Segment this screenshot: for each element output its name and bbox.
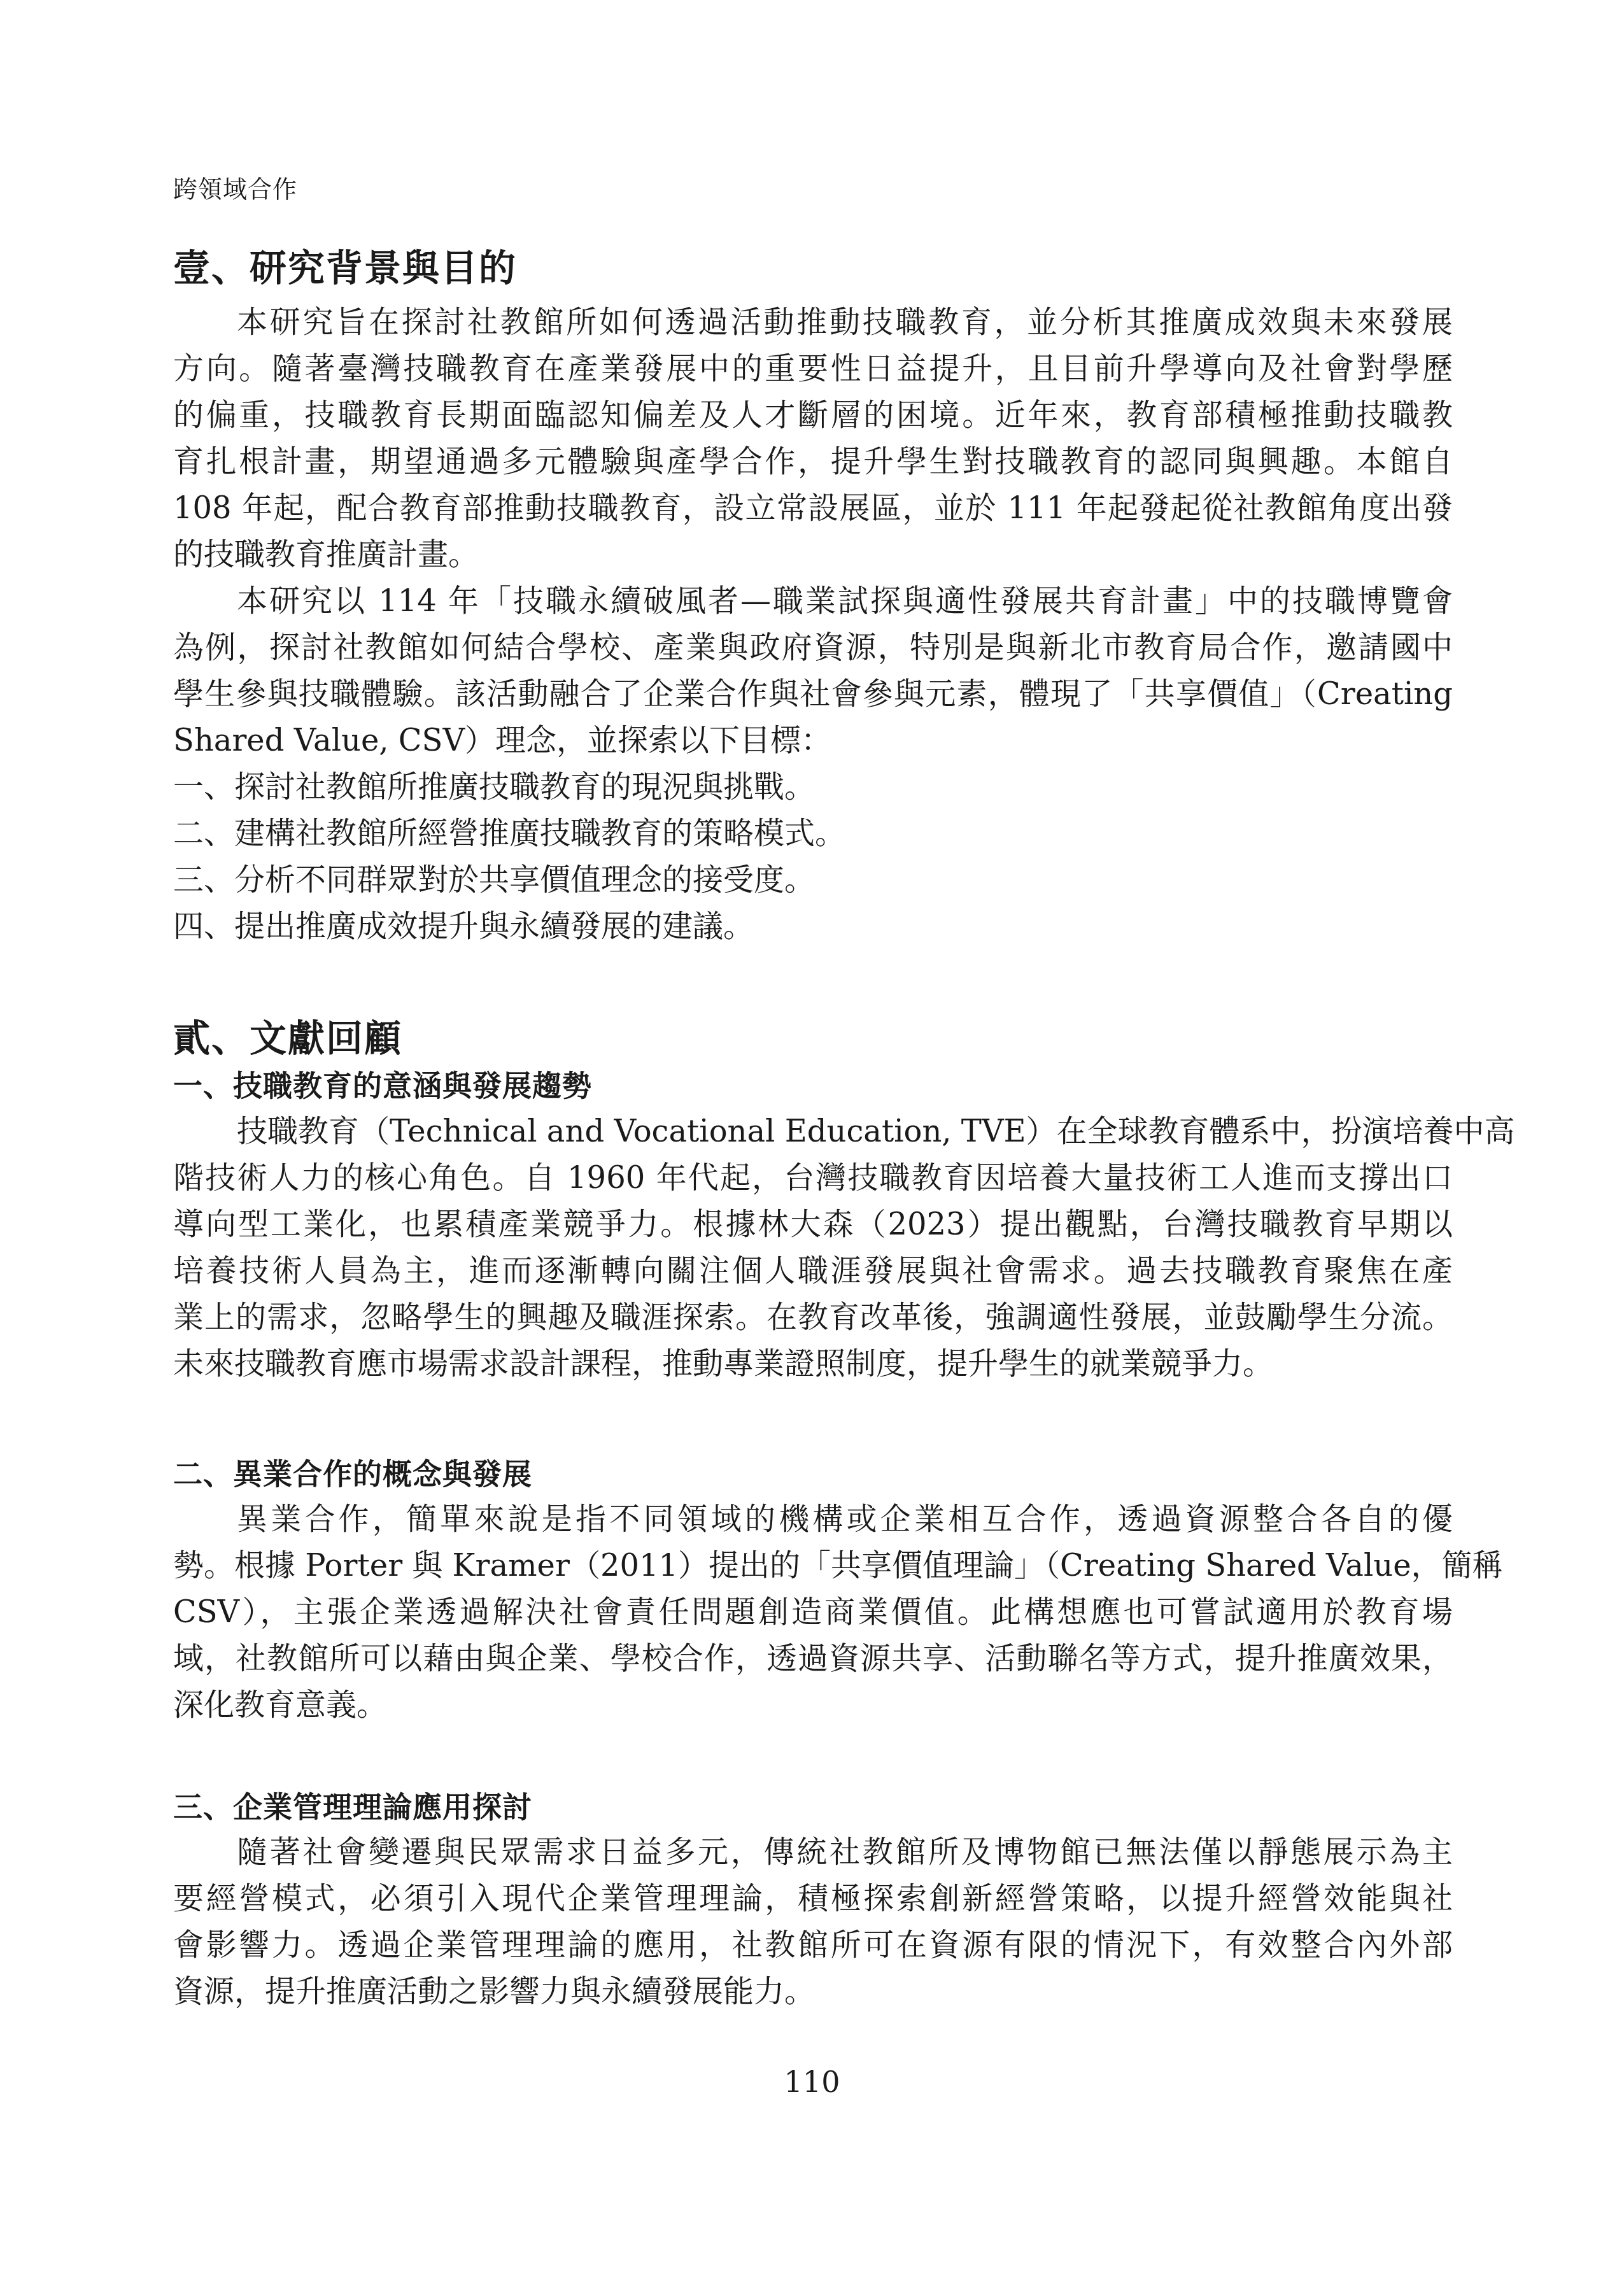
subsection-heading-tve: 一、技職教育的意涵與發展趨勢 (173, 1066, 592, 1105)
subsection-heading-management-theory: 三、企業管理理論應用探討 (173, 1788, 532, 1826)
paragraph-line: 要經營模式，必須引入現代企業管理理論，積極探索創新經營策略，以提升經營效能與社 (173, 1879, 1453, 1918)
objective-item: 三、分析不同群眾對於共享價值理念的接受度。 (173, 860, 1453, 900)
paragraph-line: 培養技術人員為主，進而逐漸轉向關注個人職涯發展與社會需求。過去技職教育聚焦在產 (173, 1251, 1453, 1291)
paragraph-line: 導向型工業化，也累積產業競爭力。根據林大森（2023）提出觀點，台灣技職教育早期… (173, 1205, 1453, 1244)
paragraph-line: 的技職教育推廣計畫。 (173, 535, 1453, 574)
paragraph-line: 深化教育意義。 (173, 1685, 1453, 1725)
paragraph-line: 技職教育（Technical and Vocational Education,… (237, 1112, 1453, 1151)
paragraph-line: 勢。根據 Porter 與 Kramer（2011）提出的「共享價值理論」（Cr… (173, 1546, 1453, 1585)
paragraph-line: 本研究以 114 年「技職永續破風者—職業試探與適性發展共育計畫」中的技職博覽會 (237, 581, 1453, 621)
paragraph-line: 方向。隨著臺灣技職教育在產業發展中的重要性日益提升，且目前升學導向及社會對學歷 (173, 349, 1453, 388)
paragraph-line: 本研究旨在探討社教館所如何透過活動推動技職教育，並分析其推廣成效與未來發展 (237, 302, 1453, 342)
section-heading-background-purpose: 壹、研究背景與目的 (173, 245, 517, 291)
paragraph-line: 未來技職教育應市場需求設計課程，推動專業證照制度，提升學生的就業競爭力。 (173, 1344, 1453, 1383)
paragraph-line: 的偏重，技職教育長期面臨認知偏差及人才斷層的困境。近年來，教育部積極推動技職教 (173, 395, 1453, 435)
paragraph-line: 異業合作，簡單來說是指不同領域的機構或企業相互合作，透過資源整合各自的優 (237, 1499, 1453, 1539)
paragraph-line: 隨著社會變遷與民眾需求日益多元，傳統社教館所及博物館已無法僅以靜態展示為主 (237, 1832, 1453, 1872)
document-page: 跨領域合作 壹、研究背景與目的 本研究旨在探討社教館所如何透過活動推動技職教育，… (0, 0, 1624, 2278)
paragraph-line: 階技術人力的核心角色。自 1960 年代起，台灣技職教育因培養大量技術工人進而支… (173, 1158, 1453, 1198)
objective-item: 二、建構社教館所經營推廣技職教育的策略模式。 (173, 814, 1453, 853)
paragraph-line: Shared Value, CSV）理念，並探索以下目標： (173, 721, 1453, 760)
paragraph-line: 業上的需求，忽略學生的興趣及職涯探索。在教育改革後，強調適性發展，並鼓勵學生分流… (173, 1298, 1453, 1337)
paragraph-line: 108 年起，配合教育部推動技職教育，設立常設展區，並於 111 年起發起從社教… (173, 488, 1453, 528)
page-number: 110 (0, 2063, 1624, 2101)
section-heading-literature-review: 貳、文獻回顧 (173, 1015, 402, 1061)
paragraph-line: 學生參與技職體驗。該活動融合了企業合作與社會參與元素，體現了「共享價值」（Cre… (173, 674, 1453, 714)
running-header: 跨領域合作 (173, 173, 297, 205)
objective-item: 四、提出推廣成效提升與永續發展的建議。 (173, 907, 1453, 946)
paragraph-line: 為例，探討社教館如何結合學校、產業與政府資源，特別是與新北市教育局合作，邀請國中 (173, 628, 1453, 667)
paragraph-line: 會影響力。透過企業管理理論的應用，社教館所可在資源有限的情況下，有效整合內外部 (173, 1925, 1453, 1965)
paragraph-line: 資源，提升推廣活動之影響力與永續發展能力。 (173, 1972, 1453, 2011)
paragraph-line: CSV），主張企業透過解決社會責任問題創造商業價值。此構想應也可嘗試適用於教育場 (173, 1592, 1453, 1632)
subsection-heading-cross-industry: 二、異業合作的概念與發展 (173, 1455, 532, 1493)
objective-item: 一、探討社教館所推廣技職教育的現況與挑戰。 (173, 767, 1453, 807)
paragraph-line: 域，社教館所可以藉由與企業、學校合作，透過資源共享、活動聯名等方式，提升推廣效果… (173, 1639, 1453, 1678)
paragraph-line: 育扎根計畫，期望通過多元體驗與產學合作，提升學生對技職教育的認同與興趣。本館自 (173, 442, 1453, 481)
